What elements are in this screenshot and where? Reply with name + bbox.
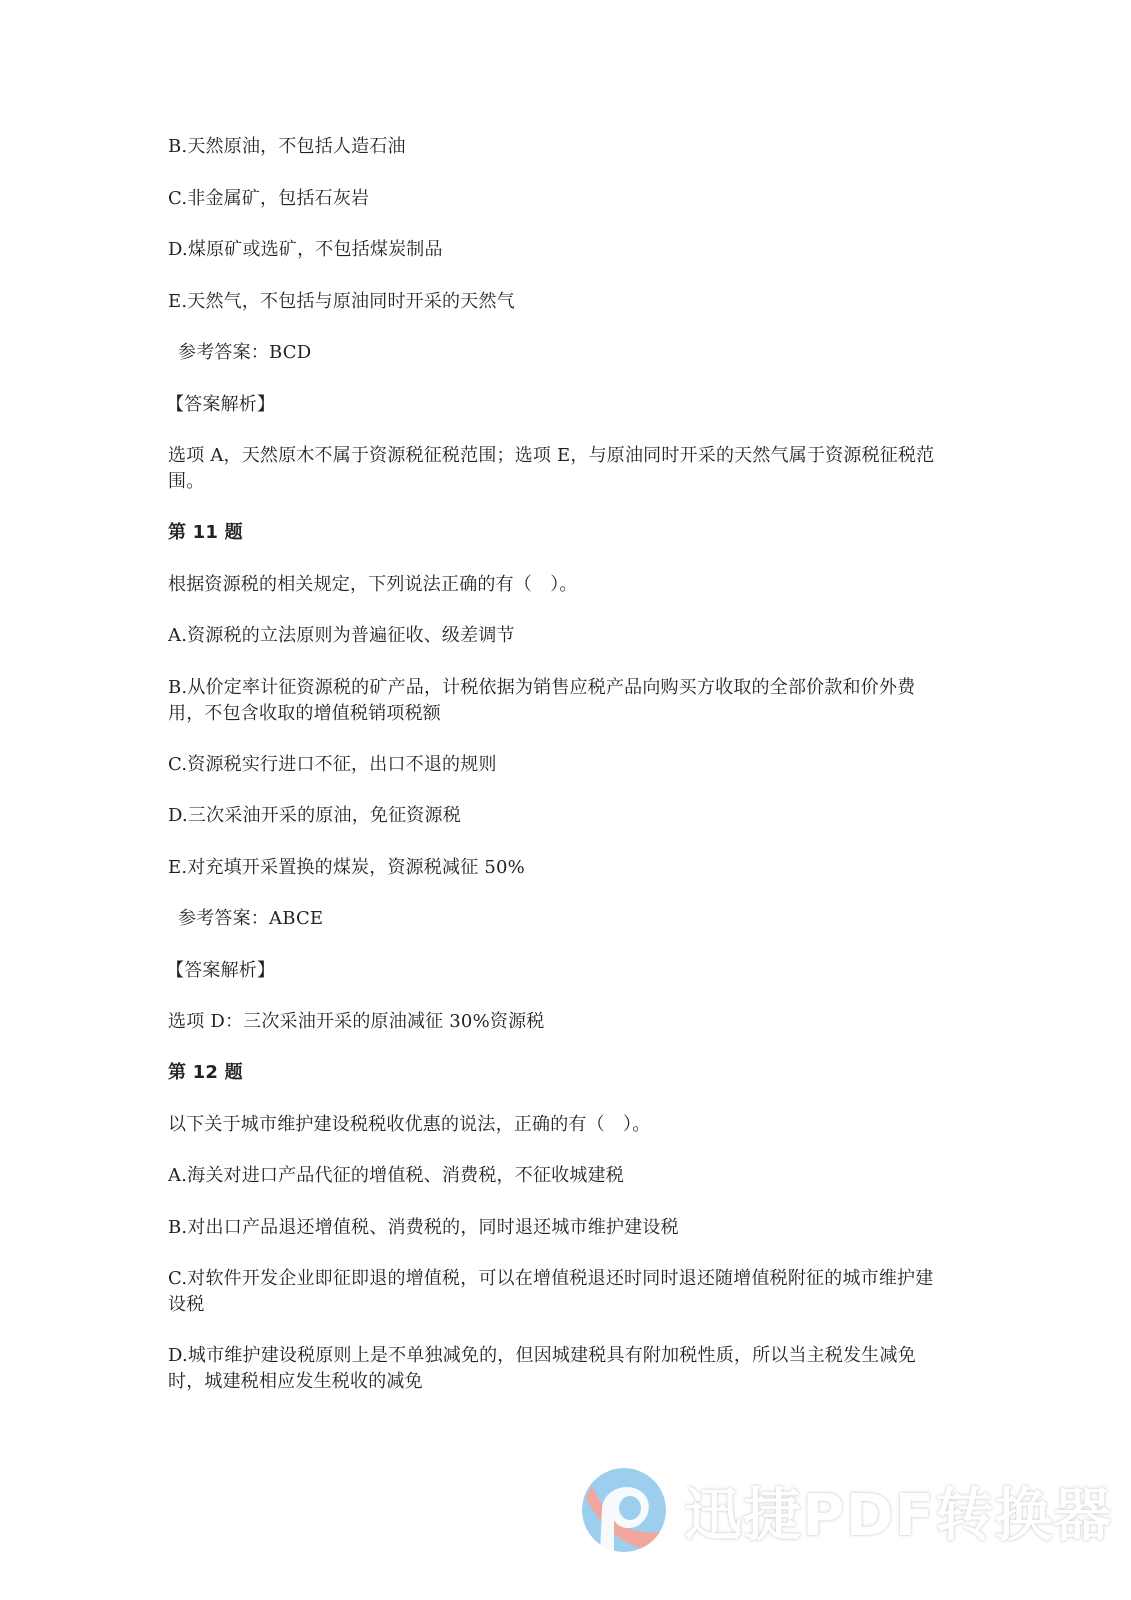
q11-option-e: E.对充填开采置换的煤炭，资源税减征 50% xyxy=(168,855,958,881)
q11-option-c: C.资源税实行进口不征，出口不退的规则 xyxy=(168,752,958,778)
q11-analysis: 选项 D：三次采油开采的原油减征 30%资源税 xyxy=(168,1009,958,1035)
q10-option-d: D.煤原矿或选矿，不包括煤炭制品 xyxy=(168,237,958,263)
q10-analysis: 选项 A，天然原木不属于资源税征税范围；选项 E，与原油同时开采的天然气属于资源… xyxy=(168,443,943,495)
q10-analysis-label: 【答案解析】 xyxy=(166,392,956,418)
q12-stem: 以下关于城市维护建设税税收优惠的说法，正确的有（ ）。 xyxy=(168,1112,958,1138)
q12-title: 第 12 题 xyxy=(168,1060,958,1086)
q12-option-b: B.对出口产品退还增值税、消费税的，同时退还城市维护建设税 xyxy=(168,1215,958,1241)
q10-option-e: E.天然气，不包括与原油同时开采的天然气 xyxy=(168,289,958,315)
q10-answer: 参考答案：BCD xyxy=(178,340,968,366)
q12-option-a: A.海关对进口产品代征的增值税、消费税，不征收城建税 xyxy=(168,1163,958,1189)
q11-option-a: A.资源税的立法原则为普遍征收、级差调节 xyxy=(168,623,958,649)
q11-option-b: B.从价定率计征资源税的矿产品，计税依据为销售应税产品向购买方收取的全部价款和价… xyxy=(168,675,938,727)
q12-option-c: C.对软件开发企业即征即退的增值税，可以在增值税退还时同时退还随增值税附征的城市… xyxy=(168,1266,938,1318)
xunjie-pdf-logo-icon xyxy=(582,1468,666,1552)
q11-title: 第 11 题 xyxy=(168,520,958,546)
watermark: 迅捷PDF转换器 xyxy=(582,1462,1112,1558)
watermark-text: 迅捷PDF转换器 xyxy=(684,1468,1112,1552)
q12-option-d: D.城市维护建设税原则上是不单独减免的，但因城建税具有附加税性质，所以当主税发生… xyxy=(168,1343,938,1395)
q11-analysis-label: 【答案解析】 xyxy=(166,958,956,984)
q10-option-c: C.非金属矿，包括石灰岩 xyxy=(168,186,958,212)
q11-answer: 参考答案：ABCE xyxy=(178,906,968,932)
document-page: B.天然原油，不包括人造石油 C.非金属矿，包括石灰岩 D.煤原矿或选矿，不包括… xyxy=(0,0,1131,1600)
q11-option-d: D.三次采油开采的原油，免征资源税 xyxy=(168,803,958,829)
q11-stem: 根据资源税的相关规定，下列说法正确的有（ ）。 xyxy=(168,572,958,598)
q10-option-b: B.天然原油，不包括人造石油 xyxy=(168,134,958,160)
